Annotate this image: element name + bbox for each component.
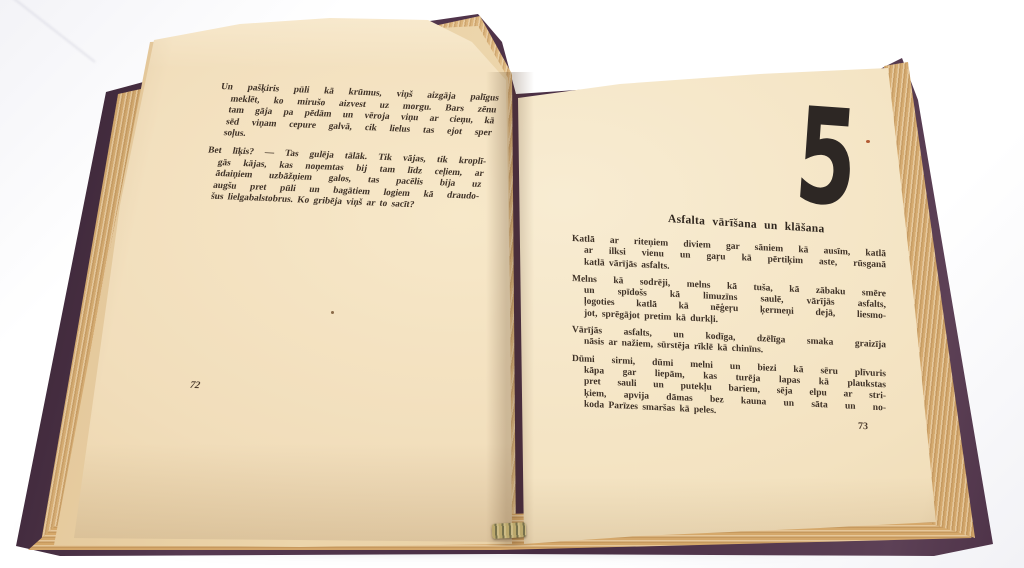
gutter-shadow bbox=[486, 72, 534, 546]
paper-speck bbox=[331, 311, 334, 314]
chapter-number: 5 bbox=[792, 102, 860, 214]
open-book-photo: Un pašķiris pūli kā krūmus, viņš aizgāja… bbox=[0, 0, 1024, 568]
paragraph: Melns kā sodrēji, melns kā tuša, kā zāba… bbox=[572, 274, 886, 335]
left-page-text: Un pašķiris pūli kā krūmus, viņš aizgāja… bbox=[198, 82, 500, 215]
binding-stitch bbox=[492, 522, 527, 539]
backdrop-crease bbox=[0, 0, 96, 63]
page-number-right: 73 bbox=[858, 421, 868, 433]
page-number-left: 72 bbox=[189, 380, 201, 391]
right-page-text: Katlā ar riteņiem diviem gar sāniem kā a… bbox=[572, 234, 886, 426]
paragraph: Bet līķis? — Tas gulēja tālāk. Tik vājas… bbox=[198, 145, 487, 214]
paragraph: Un pašķiris pūli kā krūmus, viņš aizgāja… bbox=[210, 82, 499, 151]
paper-speck bbox=[866, 140, 870, 143]
